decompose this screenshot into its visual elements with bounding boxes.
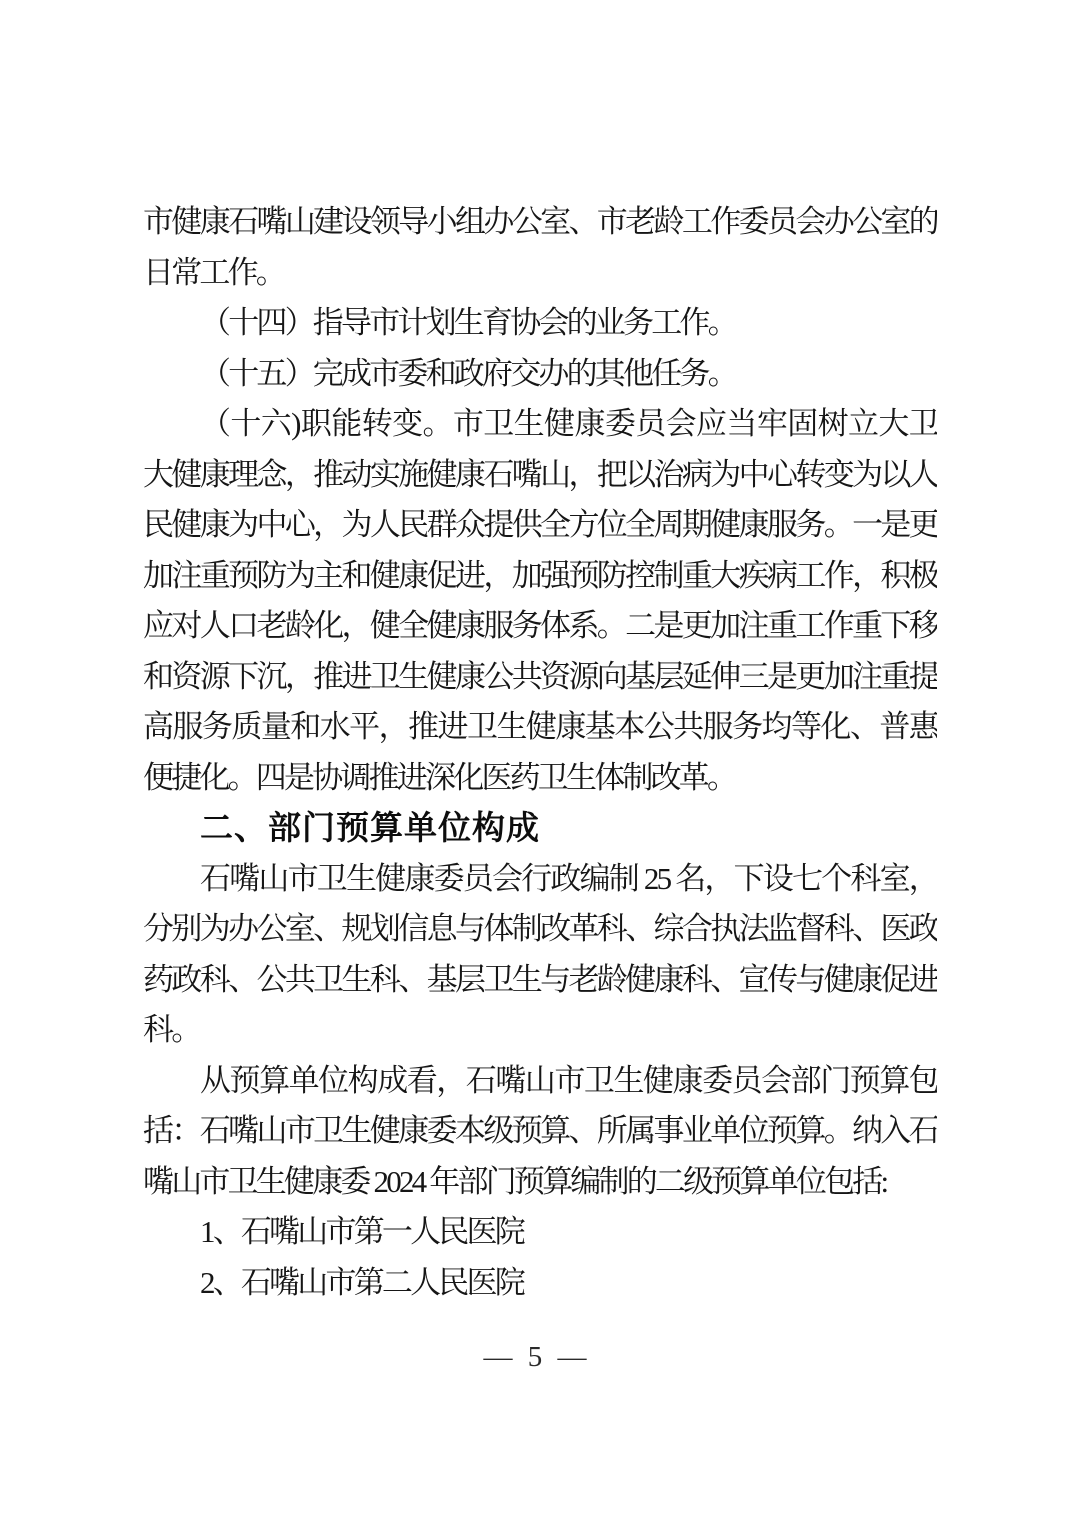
body-text-line: 民健康为中心，为人民群众提供全方位全周期健康服务。一是更: [143, 500, 937, 551]
body-text-line: 应对人口老龄化，健全健康服务体系。二是更加注重工作重下移: [143, 601, 937, 652]
body-text-line: 市健康石嘴山建设领导小组办公室、市老龄工作委员会办公室的: [143, 197, 937, 248]
body-text-line: 嘴山市卫生健康委 2024 年部门预算编制的二级预算单位包括:: [143, 1157, 937, 1208]
body-text-line: 日常工作。: [143, 248, 937, 299]
body-text-line: 便捷化。四是协调推进深化医药卫生体制改革。: [143, 753, 937, 804]
body-text-line: 分别为办公室、规划信息与体制改革科、综合执法监督科、医政: [143, 904, 937, 955]
body-text-line: 从预算单位构成看，石嘴山市卫生健康委员会部门预算包: [143, 1056, 937, 1107]
page-number: — 5 —: [0, 1332, 1074, 1382]
body-text-line-item-14: （十四）指导市计划生育协会的业务工作。: [143, 298, 937, 349]
body-text-line-item-15: （十五）完成市委和政府交办的其他任务。: [143, 349, 937, 400]
body-text-line: 科。: [143, 1005, 937, 1056]
section-heading: 二、部门预算单位构成: [143, 803, 937, 854]
body-text-line: 药政科、公共卫生科、基层卫生与老龄健康科、宣传与健康促进: [143, 955, 937, 1006]
body-text-line-item-16: （十六)职能转变。市卫生健康委员会应当牢固树立大卫生、: [143, 399, 937, 450]
list-item-hospital-2: 2、石嘴山市第二人民医院: [143, 1258, 937, 1309]
body-text-line: 高服务质量和水平，推进卫生健康基本公共服务均等化、普惠化、: [143, 702, 937, 753]
body-text-line: 大健康理念，推动实施健康石嘴山，把以治病为中心转变为以人: [143, 450, 937, 501]
body-text-line: 加注重预防为主和健康促进，加强预防控制重大疾病工作，积极: [143, 551, 937, 602]
list-item-hospital-1: 1、石嘴山市第一人民医院: [143, 1207, 937, 1258]
body-text-line: 石嘴山市卫生健康委员会行政编制 25 名，下设七个科室，: [143, 854, 937, 905]
body-text-line: 和资源下沉，推进卫生健康公共资源向基层延伸三是更加注重提: [143, 652, 937, 703]
document-body: 市健康石嘴山建设领导小组办公室、市老龄工作委员会办公室的 日常工作。 （十四）指…: [143, 197, 937, 1308]
body-text-line: 括：石嘴山市卫生健康委本级预算、所属事业单位预算。纳入石: [143, 1106, 937, 1157]
document-page: 市健康石嘴山建设领导小组办公室、市老龄工作委员会办公室的 日常工作。 （十四）指…: [0, 0, 1074, 1520]
